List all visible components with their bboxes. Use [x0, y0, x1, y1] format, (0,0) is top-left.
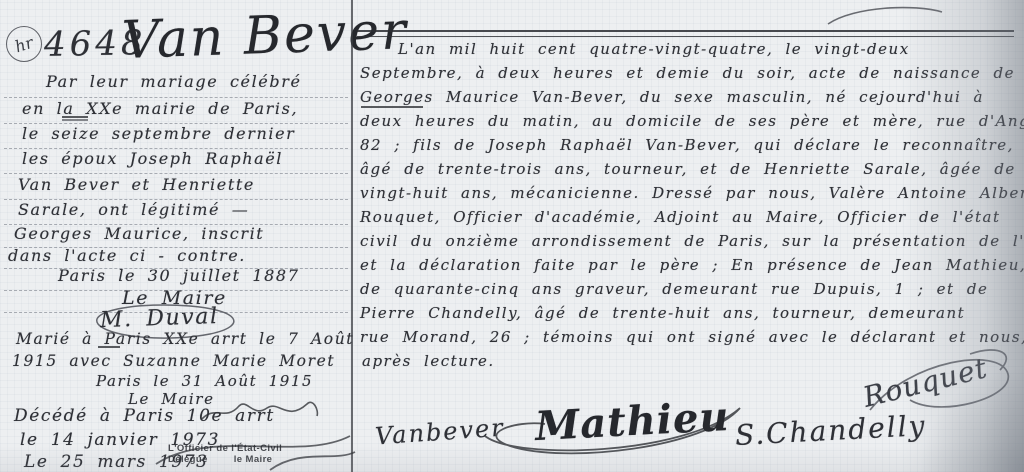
- margin-guide-line: [4, 173, 348, 174]
- underline-xxe-mairie: [62, 116, 88, 118]
- legitimation-note-line: le seize septembre dernier: [22, 124, 295, 143]
- legitimation-place-date: Paris le 30 juillet 1887: [58, 266, 300, 285]
- act-body-line: Rouquet, Officier d'académie, Adjoint au…: [360, 208, 1001, 226]
- paraph-initials: hr: [13, 32, 36, 56]
- death-note-line: Décédé à Paris 10e arrt: [14, 406, 275, 426]
- mayor-signature-duval: M. Duval: [100, 304, 220, 333]
- act-body-line: deux heures du matin, au domicile de ses…: [360, 112, 1024, 130]
- underline-xx-arrt: [98, 346, 120, 348]
- marriage-place-date: Paris le 31 Août 1915: [96, 372, 313, 390]
- registry-scan-page: hr 4648 Van Bever Par leur mariage céléb…: [0, 0, 1024, 472]
- underline-georges: [361, 106, 423, 108]
- registrar-paraph-circle: hr: [6, 26, 42, 62]
- legitimation-note-line: Par leur mariage célébré: [46, 72, 302, 91]
- act-body-line: vingt-huit ans, mécanicienne. Dressé par…: [360, 184, 1024, 202]
- act-body-line: 82 ; fils de Joseph Raphaël Van-Bever, q…: [360, 136, 1014, 154]
- legitimation-note-line: Georges Maurice, inscrit: [14, 224, 264, 243]
- act-body-line: Pierre Chandelly, âgé de trente-huit ans…: [360, 304, 965, 322]
- act-body-line: Georges Maurice Van-Bever, du sexe mascu…: [360, 88, 984, 106]
- legitimation-note-line: Van Bever et Henriette: [18, 175, 255, 194]
- legitimation-note-line: les époux Joseph Raphaël: [22, 149, 283, 168]
- act-body-line: Septembre, à deux heures et demie du soi…: [360, 64, 1015, 82]
- margin-divider-rule: [351, 0, 353, 472]
- legitimation-note-line: dans l'acte ci - contre.: [8, 246, 246, 265]
- act-body-line: de quarante-cinq ans graveur, demeurant …: [360, 280, 988, 298]
- marriage-note-line: 1915 avec Suzanne Marie Moret: [12, 352, 335, 370]
- margin-guide-line: [4, 97, 348, 98]
- act-body-line: et la déclaration faite par le père ; En…: [360, 256, 1024, 274]
- act-top-double-rule: [357, 30, 1014, 37]
- act-body-line: L'an mil huit cent quatre-vingt-quatre, …: [398, 40, 910, 58]
- act-body-line: âgé de trente-trois ans, tourneur, et de…: [360, 160, 1016, 178]
- civil-status-officer-stamp: L'Officier de l'État-Civil Délégué le Ma…: [168, 443, 282, 465]
- stamp-line: Délégué: [168, 454, 208, 465]
- stamp-line: le Maire: [234, 454, 273, 465]
- act-body-line: civil du onzième arrondissement de Paris…: [360, 232, 1024, 250]
- act-body-line: rue Morand, 26 ; témoins qui ont signé a…: [360, 328, 1024, 346]
- legitimation-note-line: Sarale, ont légitimé —: [18, 200, 249, 219]
- act-body-line: après lecture.: [362, 352, 495, 370]
- marriage-note-line: Marié à Paris XXe arrt le 7 Août: [16, 330, 354, 348]
- pen-stroke-top-right: [820, 2, 950, 28]
- underline-xxe-mairie: [62, 119, 88, 121]
- stamp-line: L'Officier de l'État-Civil: [168, 443, 282, 454]
